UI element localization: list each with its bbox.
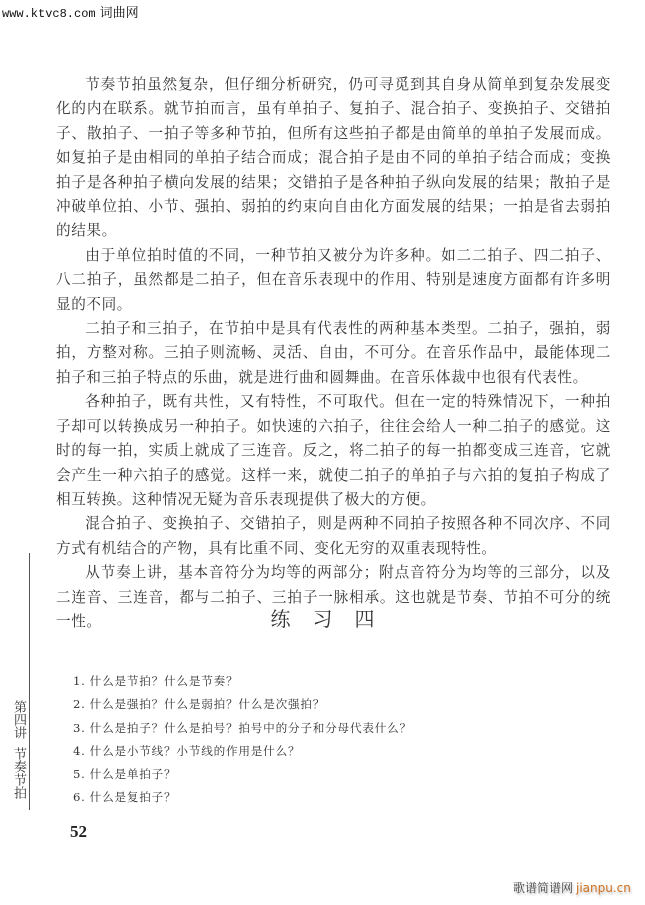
paragraph: 混合拍子、变换拍子、交错拍子，则是两种不同拍子按照各种不同次序、不同方式有机结合… xyxy=(56,512,611,561)
question-text: 什么是拍子？什么是拍号？拍号中的分子和分母代表什么？ xyxy=(90,721,412,735)
watermark-url: jianpu.cn xyxy=(576,881,631,895)
chapter-label: 第四讲 xyxy=(11,700,26,739)
bottom-watermark: 歌谱简谱网jianpu.cn xyxy=(513,879,631,896)
question-number: 1. xyxy=(73,674,86,688)
top-watermark: www.ktvc8.com词曲网 xyxy=(2,2,139,21)
question-number: 6. xyxy=(73,790,86,804)
exercise-title: 练习四 xyxy=(0,603,645,632)
question-item: 1.什么是节拍？什么是节奏？ xyxy=(73,670,412,693)
exercise-questions: 1.什么是节拍？什么是节奏？ 2.什么是强拍？什么是弱拍？什么是次强拍？ 3.什… xyxy=(73,670,412,810)
watermark-site-name: 歌谱简谱网 xyxy=(513,881,573,895)
watermark-site-name: 词曲网 xyxy=(100,6,139,21)
question-number: 3. xyxy=(73,721,86,735)
chapter-side-label: 第四讲节奏节拍 xyxy=(6,700,26,799)
question-number: 5. xyxy=(73,767,86,781)
question-number: 4. xyxy=(73,744,86,758)
question-item: 4.什么是小节线？小节线的作用是什么？ xyxy=(73,740,412,763)
margin-divider-line xyxy=(29,553,30,810)
question-text: 什么是小节线？小节线的作用是什么？ xyxy=(90,744,301,758)
watermark-url: www.ktvc8.com xyxy=(2,7,96,21)
page-number: 52 xyxy=(70,822,87,842)
question-text: 什么是节拍？什么是节奏？ xyxy=(90,674,239,688)
paragraph: 由于单位拍时值的不同，一种节拍又被分为许多种。如二二拍子、四二拍子、八二拍子，虽… xyxy=(56,244,611,317)
question-number: 2. xyxy=(73,697,86,711)
question-item: 3.什么是拍子？什么是拍号？拍号中的分子和分母代表什么？ xyxy=(73,717,412,740)
body-text: 节奏节拍虽然复杂，但仔细分析研究，仍可寻觅到其自身从简单到复杂发展变化的内在联系… xyxy=(56,73,611,634)
topic-label: 节奏节拍 xyxy=(11,747,26,799)
paragraph: 各种拍子，既有共性，又有特性，不可取代。但在一定的特殊情况下，一种拍子却可以转换… xyxy=(56,390,611,512)
paragraph: 二拍子和三拍子，在节拍中是具有代表性的两种基本类型。二拍子，强拍，弱拍，方整对称… xyxy=(56,317,611,390)
question-text: 什么是复拍子？ xyxy=(90,790,177,804)
question-text: 什么是单拍子？ xyxy=(90,767,177,781)
question-text: 什么是强拍？什么是弱拍？什么是次强拍？ xyxy=(90,697,325,711)
question-item: 5.什么是单拍子？ xyxy=(73,763,412,786)
question-item: 6.什么是复拍子？ xyxy=(73,786,412,809)
paragraph: 节奏节拍虽然复杂，但仔细分析研究，仍可寻觅到其自身从简单到复杂发展变化的内在联系… xyxy=(56,73,611,244)
question-item: 2.什么是强拍？什么是弱拍？什么是次强拍？ xyxy=(73,693,412,716)
